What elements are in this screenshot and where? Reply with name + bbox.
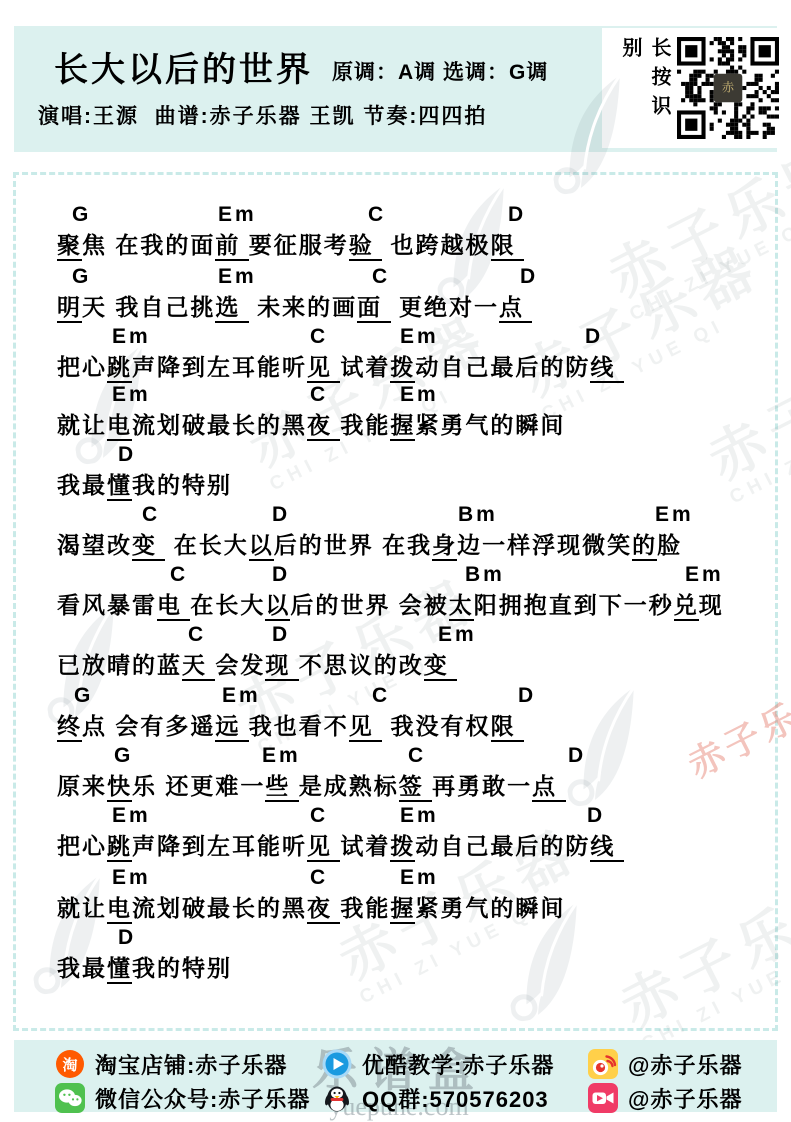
chord-label: Em <box>112 804 151 828</box>
chord-label: Em <box>218 203 257 227</box>
lyric-underlined: 电 <box>107 412 132 441</box>
lyric-text: 我最 <box>57 955 107 981</box>
chord-row: CDBmEm <box>0 503 791 530</box>
chord-label: C <box>142 503 160 527</box>
lyric-underlined: 太 <box>449 592 474 621</box>
chord-row: CDBmEm <box>0 563 791 590</box>
chord-label: G <box>114 744 133 768</box>
lyric-underlined: 懂 <box>107 472 132 501</box>
lyric-underlined: 线 <box>590 833 623 862</box>
sheet-line: EmCEm就让电流划破最长的黑夜 我能握紧勇气的瞬间 <box>0 383 791 441</box>
footer-label: 微信公众号:赤子乐器 <box>95 1083 310 1114</box>
sheet-line: CDBmEm渴望改变 在长大以后的世界 在我身边一样浮现微笑的脸 <box>0 503 791 561</box>
chord-row: EmCEmD <box>0 804 791 831</box>
lyric-underlined: 点 <box>532 773 565 802</box>
lyric-underlined: 电 <box>157 592 190 621</box>
lyric-text: 我的特别 <box>132 472 232 498</box>
lyric-text: 我自己挑 <box>115 294 215 320</box>
lyric-row: 明天 我自己挑选 未来的画面 更绝对一点 <box>0 292 791 323</box>
lyric-underlined: 聚 <box>57 232 82 261</box>
chord-label: Em <box>112 866 151 890</box>
chord-label: C <box>310 804 328 828</box>
chord-label: G <box>72 265 91 289</box>
lyric-text: 我能 <box>340 895 390 921</box>
sheet-line: GEmCD聚焦 在我的面前 要征服考验 也跨越极限 <box>0 203 791 261</box>
lyric-underlined: 明 <box>57 294 82 323</box>
lyric-text: 我最 <box>57 472 107 498</box>
footer-label: @赤子乐器 <box>628 1083 742 1114</box>
footer-label: 淘宝店铺:赤子乐器 <box>95 1049 287 1080</box>
lyric-text: 点 <box>82 713 115 739</box>
lyric-underlined: 跳 <box>107 354 132 383</box>
lyric-text: 后的世界 在我 <box>274 532 432 558</box>
lyric-underlined: 见 <box>349 713 382 742</box>
lyric-text: 也跨越极 <box>382 232 490 258</box>
lyric-underlined: 线 <box>590 354 623 383</box>
chord-label: C <box>188 623 206 647</box>
lyric-row: 我最懂我的特别 <box>0 470 791 501</box>
lyric-underlined: 的 <box>632 532 657 561</box>
lyric-text: 未来的画 <box>249 294 357 320</box>
chord-label: D <box>272 563 290 587</box>
footer-item-youku: 优酷教学:赤子乐器 <box>322 1048 554 1080</box>
lyric-text: 还更难一 <box>165 773 265 799</box>
sheet-line: CDBmEm看风暴雷电 在长大以后的世界 会被太阳拥抱直到下一秒兑现 <box>0 563 791 621</box>
weibo-icon <box>588 1049 618 1079</box>
footer-label: @赤子乐器 <box>628 1049 742 1080</box>
lyric-underlined: 些 <box>265 773 298 802</box>
lyric-text: 把心 <box>57 354 107 380</box>
footer-item-taobao: 淘 淘宝店铺:赤子乐器 <box>55 1048 287 1080</box>
sheet-line: EmCEmD把心跳声降到左耳能听见 试着拨动自己最后的防线 <box>0 325 791 383</box>
chord-label: Em <box>685 563 724 587</box>
lyric-underlined: 拨 <box>390 833 415 862</box>
lyric-underlined: 限 <box>491 713 524 742</box>
lyric-row: 就让电流划破最长的黑夜 我能握紧勇气的瞬间 <box>0 410 791 441</box>
lyric-underlined: 前 <box>215 232 248 261</box>
chord-label: G <box>72 203 91 227</box>
lyric-row: 聚焦 在我的面前 要征服考验 也跨越极限 <box>0 230 791 261</box>
footer-item-weibo: @赤子乐器 <box>588 1048 742 1080</box>
lyric-underlined: 签 <box>399 773 432 802</box>
lyric-text: 流划破最长的黑 <box>132 895 307 921</box>
chord-label: C <box>372 684 390 708</box>
lyric-underlined: 面 <box>357 294 390 323</box>
lyric-underlined: 变 <box>132 532 165 561</box>
lyric-row: 我最懂我的特别 <box>0 953 791 984</box>
chord-label: Bm <box>458 503 498 527</box>
lyric-underlined: 变 <box>424 652 457 681</box>
lyric-underlined: 拨 <box>390 354 415 383</box>
lyric-text: 把心 <box>57 833 107 859</box>
chord-row: CDEm <box>0 623 791 650</box>
lyric-text: 原来 <box>57 773 107 799</box>
youku-icon <box>322 1049 352 1079</box>
lyric-underlined: 验 <box>349 232 382 261</box>
chord-label: Em <box>262 744 301 768</box>
lyric-text: 试着 <box>340 354 390 380</box>
svg-text:淘: 淘 <box>62 1056 77 1074</box>
lyric-row: 终点 会有多遥远 我也看不见 我没有权限 <box>0 711 791 742</box>
lyric-text: 紧勇气的瞬间 <box>415 412 565 438</box>
chord-label: Em <box>655 503 694 527</box>
chord-label: D <box>568 744 586 768</box>
lyric-text: 边一样浮现微笑 <box>457 532 632 558</box>
lyric-text: 阳拥抱直到下一秒 <box>474 592 674 618</box>
chord-label: D <box>272 623 290 647</box>
taobao-icon: 淘 <box>55 1049 85 1079</box>
video-icon <box>588 1083 618 1113</box>
chord-label: D <box>118 926 136 950</box>
lyric-underlined: 远 <box>215 713 248 742</box>
footer-item-qq: QQ群:570576203 <box>322 1082 549 1114</box>
lyric-text: 天 <box>82 294 115 320</box>
lyric-row: 把心跳声降到左耳能听见 试着拨动自己最后的防线 <box>0 831 791 862</box>
lyric-text: 焦 <box>82 232 115 258</box>
footer-item-video: @赤子乐器 <box>588 1082 742 1114</box>
lyric-text: 现 <box>699 592 724 618</box>
qq-icon <box>322 1083 352 1113</box>
footer-label: 优酷教学:赤子乐器 <box>362 1049 554 1080</box>
lyric-underlined: 天 <box>182 652 215 681</box>
chord-row: EmCEmD <box>0 325 791 352</box>
chord-label: D <box>520 265 538 289</box>
lyric-text: 在我的面 <box>115 232 215 258</box>
lyric-underlined: 见 <box>307 833 340 862</box>
chord-row: GEmCD <box>0 684 791 711</box>
lyric-underlined: 夜 <box>307 412 340 441</box>
chord-label: Em <box>400 866 439 890</box>
lyric-text: 在长大 <box>165 532 248 558</box>
lyric-text: 乐 <box>132 773 165 799</box>
sheet-line: EmCEm就让电流划破最长的黑夜 我能握紧勇气的瞬间 <box>0 866 791 924</box>
chord-label: D <box>587 804 605 828</box>
lyric-text: 渴望改 <box>57 532 132 558</box>
lyric-text: 不思议的改 <box>299 652 424 678</box>
lyric-text: 会有多遥 <box>115 713 215 739</box>
chord-label: D <box>118 443 136 467</box>
chord-row: GEmCD <box>0 203 791 230</box>
lyric-text: 脸 <box>657 532 682 558</box>
lyric-underlined: 懂 <box>107 955 132 984</box>
sheet-area: GEmCD聚焦 在我的面前 要征服考验 也跨越极限 GEmCD明天 我自己挑选 … <box>0 0 791 1122</box>
chord-label: C <box>372 265 390 289</box>
footer-label: QQ群:570576203 <box>362 1083 549 1114</box>
lyric-row: 把心跳声降到左耳能听见 试着拨动自己最后的防线 <box>0 352 791 383</box>
chord-label: G <box>74 684 93 708</box>
lyric-text: 再勇敢一 <box>432 773 532 799</box>
chord-label: C <box>310 325 328 349</box>
lyric-underlined: 握 <box>390 895 415 924</box>
chord-label: C <box>368 203 386 227</box>
lyric-text: 紧勇气的瞬间 <box>415 895 565 921</box>
lyric-underlined: 兑 <box>674 592 699 621</box>
chord-label: Bm <box>465 563 505 587</box>
chord-label: D <box>508 203 526 227</box>
chord-row: GEmCD <box>0 265 791 292</box>
lyric-row: 就让电流划破最长的黑夜 我能握紧勇气的瞬间 <box>0 893 791 924</box>
lyric-underlined: 以 <box>249 532 274 561</box>
chord-label: D <box>518 684 536 708</box>
lyric-underlined: 身 <box>432 532 457 561</box>
chord-label: Em <box>112 383 151 407</box>
chord-label: Em <box>400 383 439 407</box>
sheet-line: GEmCD明天 我自己挑选 未来的画面 更绝对一点 <box>0 265 791 323</box>
sheet-line: GEmCD原来快乐 还更难一些 是成熟标签 再勇敢一点 <box>0 744 791 802</box>
lyric-text: 就让 <box>57 412 107 438</box>
chord-label: C <box>310 383 328 407</box>
lyric-underlined: 快 <box>107 773 132 802</box>
lyric-text: 我的特别 <box>132 955 232 981</box>
lyric-row: 原来快乐 还更难一些 是成熟标签 再勇敢一点 <box>0 771 791 802</box>
lyric-text: 试着 <box>340 833 390 859</box>
chord-label: C <box>408 744 426 768</box>
lyric-text: 在长大 <box>190 592 265 618</box>
lyric-text: 要征服考 <box>249 232 349 258</box>
lyric-text: 就让 <box>57 895 107 921</box>
lyric-text: 更绝对一 <box>391 294 499 320</box>
chord-row: GEmCD <box>0 744 791 771</box>
lyric-row: 渴望改变 在长大以后的世界 在我身边一样浮现微笑的脸 <box>0 530 791 561</box>
chord-label: Em <box>218 265 257 289</box>
chord-label: Em <box>400 325 439 349</box>
lyric-underlined: 夜 <box>307 895 340 924</box>
lyric-text: 声降到左耳能听 <box>132 833 307 859</box>
chord-label: D <box>585 325 603 349</box>
chord-label: D <box>272 503 290 527</box>
chord-row: D <box>0 443 791 470</box>
footer-item-wechat: 微信公众号:赤子乐器 <box>55 1082 310 1114</box>
lyric-underlined: 现 <box>265 652 298 681</box>
lyric-underlined: 终 <box>57 713 82 742</box>
lyric-underlined: 限 <box>491 232 524 261</box>
chord-row: EmCEm <box>0 866 791 893</box>
chord-label: C <box>170 563 188 587</box>
lyric-text: 动自己最后的防 <box>415 833 590 859</box>
lyric-text: 我没有权 <box>382 713 490 739</box>
lyric-text: 会发 <box>215 652 265 678</box>
chord-label: Em <box>400 804 439 828</box>
wechat-icon <box>55 1083 85 1113</box>
sheet-line: D我最懂我的特别 <box>0 443 791 501</box>
chord-row: D <box>0 926 791 953</box>
lyric-text: 流划破最长的黑 <box>132 412 307 438</box>
lyric-underlined: 跳 <box>107 833 132 862</box>
lyric-text: 已放晴的蓝 <box>57 652 182 678</box>
lyric-underlined: 见 <box>307 354 340 383</box>
lyric-underlined: 握 <box>390 412 415 441</box>
lyric-text: 动自己最后的防 <box>415 354 590 380</box>
lyric-text: 声降到左耳能听 <box>132 354 307 380</box>
sheet-line: D我最懂我的特别 <box>0 926 791 984</box>
lyric-underlined: 点 <box>499 294 532 323</box>
lyric-text: 看风暴雷 <box>57 592 157 618</box>
lyric-underlined: 选 <box>215 294 248 323</box>
lyric-underlined: 电 <box>107 895 132 924</box>
sheet-line: EmCEmD把心跳声降到左耳能听见 试着拨动自己最后的防线 <box>0 804 791 862</box>
lyric-text: 是成熟标 <box>299 773 399 799</box>
lyric-text: 我也看不 <box>249 713 349 739</box>
lyric-row: 看风暴雷电 在长大以后的世界 会被太阳拥抱直到下一秒兑现 <box>0 590 791 621</box>
chord-label: Em <box>112 325 151 349</box>
chord-label: Em <box>438 623 477 647</box>
lyric-row: 已放晴的蓝天 会发现 不思议的改变 <box>0 650 791 681</box>
lyric-underlined: 以 <box>265 592 290 621</box>
chord-label: Em <box>222 684 261 708</box>
lyric-text: 我能 <box>340 412 390 438</box>
sheet-line: GEmCD终点 会有多遥远 我也看不见 我没有权限 <box>0 684 791 742</box>
lyric-text: 后的世界 会被 <box>290 592 448 618</box>
chord-row: EmCEm <box>0 383 791 410</box>
chord-label: C <box>310 866 328 890</box>
sheet-line: CDEm已放晴的蓝天 会发现 不思议的改变 <box>0 623 791 681</box>
